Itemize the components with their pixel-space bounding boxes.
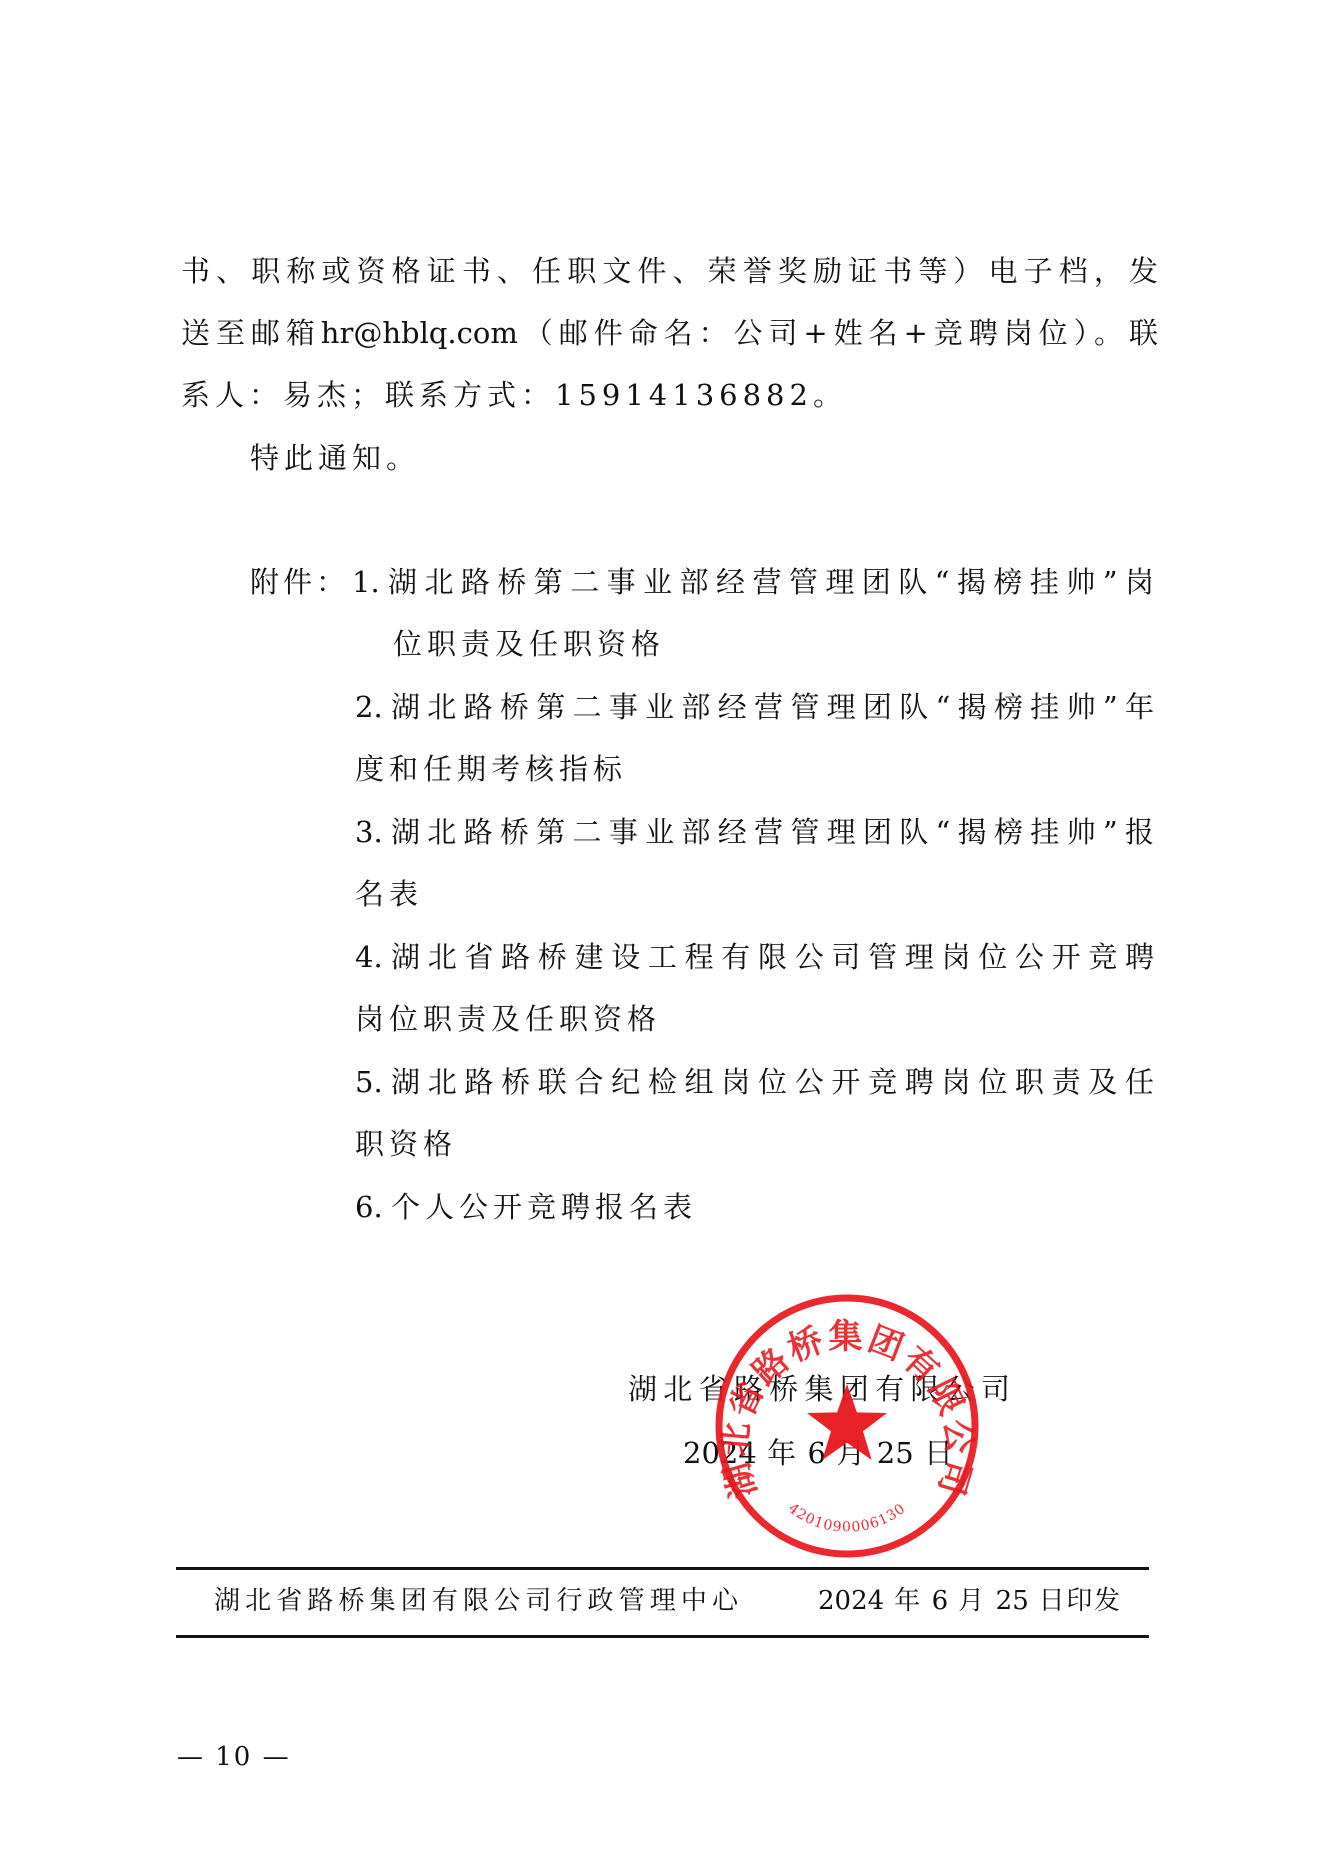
- attachment-2-number: 2.: [355, 690, 383, 724]
- paragraph-line-1: 书、职称或资格证书、任职文件、荣誉奖励证书等）电子档，发: [181, 254, 1158, 288]
- page-number: — 10 —: [177, 1742, 291, 1772]
- attachment-1-number: 1.: [352, 565, 380, 599]
- signature-date: 2024 年 6 月 25 日: [683, 1436, 953, 1470]
- attachment-4-number: 4.: [355, 940, 383, 974]
- paragraph-line-3: 系人：易杰；联系方式：15914136882。: [181, 378, 847, 412]
- official-seal-icon: 湖北省路桥集团有限公司 4201090006130: [713, 1292, 981, 1560]
- document-page: 书、职称或资格证书、任职文件、荣誉奖励证书等）电子档，发 送至邮箱hr@hblq…: [0, 0, 1323, 1871]
- attachment-3-line-1: 湖北路桥第二事业部经营管理团队“揭榜挂帅”报: [391, 815, 1154, 849]
- attachment-2-line-2: 度和任期考核指标: [355, 752, 627, 786]
- footer-issue-date: 2024 年 6 月 25 日印发: [818, 1586, 1120, 1616]
- attachment-3-number: 3.: [355, 815, 383, 849]
- footer-issuer: 湖北省路桥集团有限公司行政管理中心: [214, 1586, 738, 1616]
- attachment-1-line-2: 位职责及任职资格: [393, 627, 665, 661]
- attachment-3-line-2: 名表: [355, 877, 423, 911]
- attachment-6-line-1: 个人公开竞聘报名表: [391, 1190, 697, 1224]
- attachment-4-line-2: 岗位职责及任职资格: [355, 1002, 661, 1036]
- attachment-6-number: 6.: [355, 1190, 383, 1224]
- attachment-5-line-1: 湖北路桥联合纪检组岗位公开竞聘岗位职责及任: [391, 1065, 1154, 1099]
- attachment-4-line-1: 湖北省路桥建设工程有限公司管理岗位公开竞聘: [391, 940, 1154, 974]
- svg-text:湖北省路桥集团有限公司: 湖北省路桥集团有限公司: [715, 1317, 979, 1502]
- attachments-label: 附件：: [250, 565, 349, 599]
- closing-remark: 特此通知。: [250, 441, 420, 475]
- signature-organization: 湖北省路桥集团有限公司: [628, 1372, 1010, 1406]
- paragraph-line-2: 送至邮箱hr@hblq.com（邮件命名：公司+姓名+竞聘岗位）。联: [181, 316, 1158, 350]
- footer-top-rule: [176, 1567, 1149, 1570]
- svg-text:4201090006130: 4201090006130: [785, 1500, 909, 1535]
- attachment-5-line-2: 职资格: [355, 1127, 457, 1161]
- attachment-5-number: 5.: [355, 1065, 383, 1099]
- attachment-2-line-1: 湖北路桥第二事业部经营管理团队“揭榜挂帅”年: [391, 690, 1154, 724]
- attachment-1-line-1: 湖北路桥第二事业部经营管理团队“揭榜挂帅”岗: [388, 565, 1154, 599]
- footer-bottom-rule: [176, 1635, 1149, 1638]
